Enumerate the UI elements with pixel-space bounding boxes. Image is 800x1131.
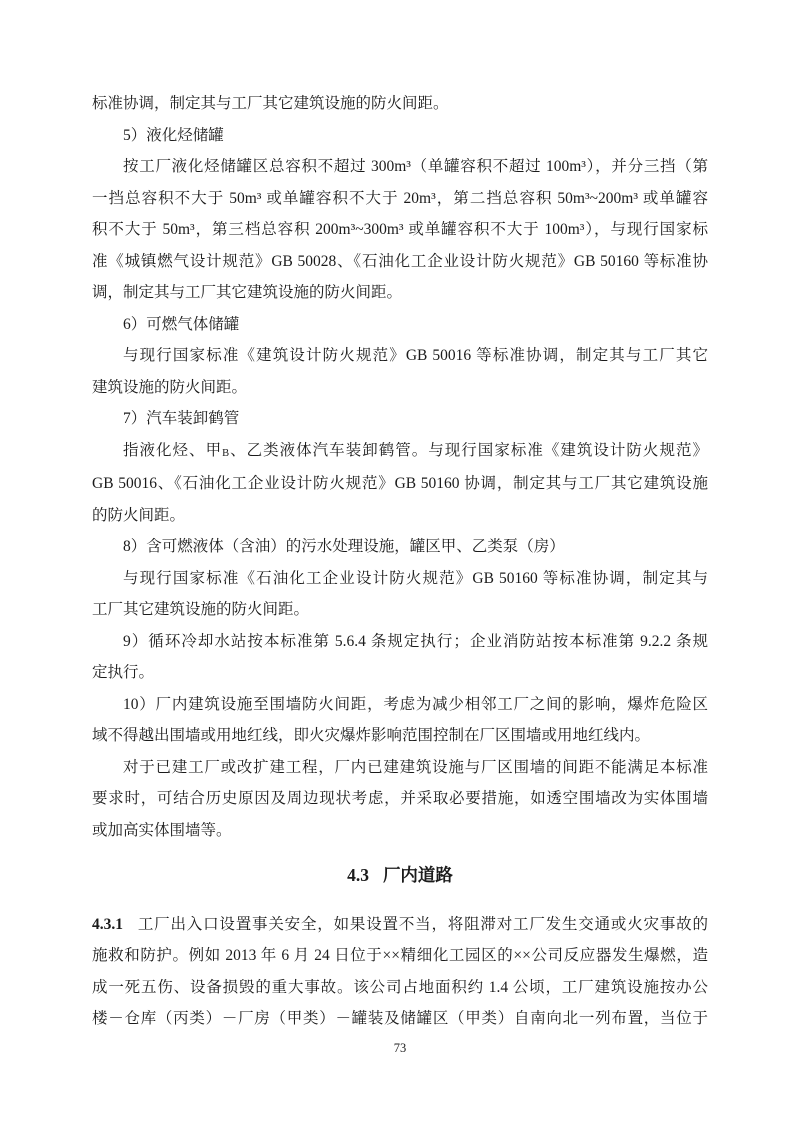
text-segment: 一挡总容积不大于 50m³ 或单罐容积不大于 20m³，第二挡总容积 50m³~…: [92, 190, 708, 207]
text-line: 按工厂液化烃储罐区总容积不超过 300m³（单罐容积不超过 100m³），并分三…: [92, 151, 708, 183]
text-line: 成一死五伤、设备损毁的重大事故。该公司占地面积约 1.4 公顷，工厂建筑设施按办…: [92, 972, 708, 1004]
text-line: 一挡总容积不大于 50m³ 或单罐容积不大于 20m³，第二挡总容积 50m³~…: [92, 183, 708, 215]
text-segment: 施救和防护。例如 2013 年 6 月 24 日位于××精细化工园区的××公司反…: [92, 947, 708, 964]
section-heading: 4.3厂内道路: [92, 860, 708, 892]
text-segment: 与现行国家标准《建筑设计防火规范》GB 50016 等标准协调，制定其与工厂其它: [123, 347, 708, 364]
text-line: GB 50016、《石油化工企业设计防火规范》GB 50160 协调，制定其与工…: [92, 468, 708, 500]
text-line: 5）液化烃储罐: [92, 120, 708, 152]
text-line: 6）可燃气体储罐: [92, 309, 708, 341]
text-line: 域不得越出围墙或用地红线，即火灾爆炸影响范围控制在厂区围墙或用地红线内。: [92, 720, 708, 752]
text-segment: 5）液化烃储罐: [123, 127, 224, 144]
text-segment: 指液化烃、甲: [123, 442, 222, 459]
text-segment: 厂内道路: [383, 865, 453, 885]
document-page: 标准协调，制定其与工厂其它建筑设施的防火间距。5）液化烃储罐按工厂液化烃储罐区总…: [0, 0, 800, 1131]
text-line: 与现行国家标准《石油化工企业设计防火规范》GB 50160 等标准协调，制定其与: [92, 563, 708, 595]
document-body: 标准协调，制定其与工厂其它建筑设施的防火间距。5）液化烃储罐按工厂液化烃储罐区总…: [92, 88, 708, 1035]
text-line: 定执行。: [92, 657, 708, 689]
text-line: 对于已建工厂或改扩建工程，厂内已建建筑设施与厂区围墙的间距不能满足本标准: [92, 752, 708, 784]
text-line: 4.3.1工厂出入口设置事关安全，如果设置不当，将阻滞对工厂发生交通或火灾事故的: [92, 909, 708, 941]
text-line: 工厂其它建筑设施的防火间距。: [92, 594, 708, 626]
text-segment: 调，制定其与工厂其它建筑设施的防火间距。: [92, 284, 402, 301]
text-segment: 与现行国家标准《石油化工企业设计防火规范》GB 50160 等标准协调，制定其与: [123, 570, 708, 587]
text-line: 10）厂内建筑设施至围墙防火间距，考虑为减少相邻工厂之间的影响，爆炸危险区: [92, 689, 708, 721]
text-line: 或加高实体围墙等。: [92, 815, 708, 847]
text-line: 标准协调，制定其与工厂其它建筑设施的防火间距。: [92, 88, 708, 120]
text-segment: 工厂其它建筑设施的防火间距。: [92, 601, 309, 618]
text-segment: 9）循环冷却水站按本标准第 5.6.4 条规定执行；企业消防站按本标准第 9.2…: [123, 633, 708, 650]
text-line: 8）含可燃液体（含油）的污水处理设施，罐区甲、乙类泵（房）: [92, 531, 708, 563]
text-line: 7）汽车装卸鹤管: [92, 403, 708, 435]
text-segment: 标准协调，制定其与工厂其它建筑设施的防火间距。: [92, 95, 449, 112]
text-segment: GB 50016、《石油化工企业设计防火规范》GB 50160 协调，制定其与工…: [92, 475, 708, 492]
page-number: 73: [0, 1041, 800, 1056]
text-segment: B: [222, 448, 229, 459]
text-segment: 对于已建工厂或改扩建工程，厂内已建建筑设施与厂区围墙的间距不能满足本标准: [123, 759, 708, 776]
text-line: 调，制定其与工厂其它建筑设施的防火间距。: [92, 277, 708, 309]
text-segment: 8）含可燃液体（含油）的污水处理设施，罐区甲、乙类泵（房）: [123, 538, 565, 555]
text-line: 建筑设施的防火间距。: [92, 372, 708, 404]
text-segment: 10）厂内建筑设施至围墙防火间距，考虑为减少相邻工厂之间的影响，爆炸危险区: [123, 696, 708, 713]
text-segment: 积不大于 50m³，第三档总容积 200m³~300m³ 或单罐容积不大于 10…: [92, 221, 708, 238]
text-line: 要求时，可结合历史原因及周边现状考虑，并采取必要措施，如透空围墙改为实体围墙: [92, 783, 708, 815]
text-segment: 、乙类液体汽车装卸鹤管。与现行国家标准《建筑设计防火规范》: [229, 442, 708, 459]
text-segment: 的防火间距。: [92, 507, 185, 524]
text-segment: 7）汽车装卸鹤管: [123, 410, 239, 427]
text-segment: 准《城镇燃气设计规范》GB 50028、《石油化工企业设计防火规范》GB 501…: [92, 253, 708, 270]
text-line: 指液化烃、甲B、乙类液体汽车装卸鹤管。与现行国家标准《建筑设计防火规范》: [92, 435, 708, 469]
text-segment: 成一死五伤、设备损毁的重大事故。该公司占地面积约 1.4 公顷，工厂建筑设施按办…: [92, 979, 708, 996]
text-line: 积不大于 50m³，第三档总容积 200m³~300m³ 或单罐容积不大于 10…: [92, 214, 708, 246]
text-segment: 域不得越出围墙或用地红线，即火灾爆炸影响范围控制在厂区围墙或用地红线内。: [92, 727, 650, 744]
text-line: 准《城镇燃气设计规范》GB 50028、《石油化工企业设计防火规范》GB 501…: [92, 246, 708, 278]
text-segment: 6）可燃气体储罐: [123, 316, 239, 333]
text-line: 的防火间距。: [92, 500, 708, 532]
text-line: 施救和防护。例如 2013 年 6 月 24 日位于××精细化工园区的××公司反…: [92, 940, 708, 972]
text-segment: 或加高实体围墙等。: [92, 822, 232, 839]
text-line: 与现行国家标准《建筑设计防火规范》GB 50016 等标准协调，制定其与工厂其它: [92, 340, 708, 372]
text-segment: 定执行。: [92, 664, 154, 681]
text-segment: 4.3: [347, 865, 369, 885]
text-line: 楼－仓库（丙类）－厂房（甲类）－罐装及储罐区（甲类）自南向北一列布置，当位于: [92, 1003, 708, 1035]
text-segment: 工厂出入口设置事关安全，如果设置不当，将阻滞对工厂发生交通或火灾事故的: [137, 916, 708, 933]
text-segment: 楼－仓库（丙类）－厂房（甲类）－罐装及储罐区（甲类）自南向北一列布置，当位于: [92, 1010, 708, 1027]
text-line: 9）循环冷却水站按本标准第 5.6.4 条规定执行；企业消防站按本标准第 9.2…: [92, 626, 708, 658]
text-segment: 按工厂液化烃储罐区总容积不超过 300m³（单罐容积不超过 100m³），并分三…: [123, 158, 708, 175]
text-segment: 4.3.1: [92, 916, 123, 933]
text-segment: 要求时，可结合历史原因及周边现状考虑，并采取必要措施，如透空围墙改为实体围墙: [92, 790, 708, 807]
text-segment: 建筑设施的防火间距。: [92, 379, 247, 396]
